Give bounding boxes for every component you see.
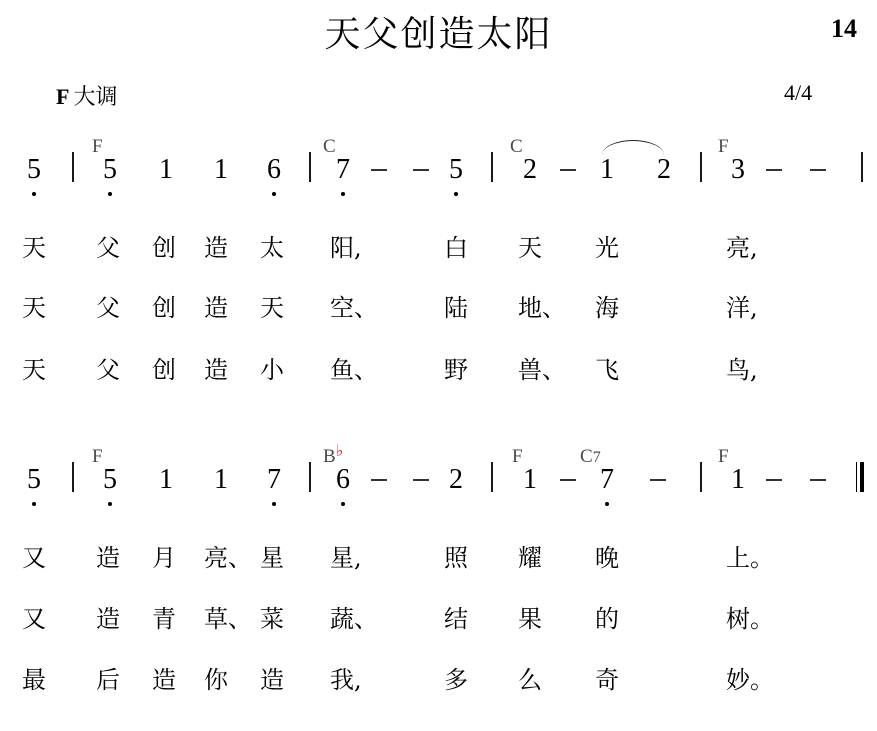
sustain-dash xyxy=(810,169,826,171)
lyric-syllable: 父 xyxy=(96,350,120,385)
sustain-dash xyxy=(810,479,826,481)
lower-octave-dot xyxy=(108,502,112,506)
sustain-dash xyxy=(766,169,782,171)
lyric-syllable: 造 xyxy=(260,660,284,695)
note: 7 xyxy=(600,466,614,494)
key-suffix: 大调 xyxy=(73,84,117,109)
lower-octave-dot xyxy=(32,192,36,196)
lower-octave-dot xyxy=(272,192,276,196)
lyric-syllable: 月 xyxy=(152,538,176,573)
lower-octave-dot xyxy=(108,192,112,196)
note: 1 xyxy=(731,466,745,494)
chord-symbol: C7 xyxy=(580,446,601,468)
time-signature: 4/4 xyxy=(784,80,812,106)
note: 7 xyxy=(267,466,281,494)
chord-symbol: B♭ xyxy=(323,446,343,468)
note: 1 xyxy=(214,466,228,494)
note: 5 xyxy=(103,156,117,184)
lyric-syllable: 创 xyxy=(152,228,176,263)
lower-octave-dot xyxy=(605,502,609,506)
lyric-syllable: 我, xyxy=(330,660,362,695)
lyric-syllable: 造 xyxy=(204,288,228,323)
sustain-dash xyxy=(560,169,576,171)
key-signature: F大调 xyxy=(56,80,117,111)
chord-root: F xyxy=(92,446,103,467)
barline xyxy=(491,152,493,182)
barline xyxy=(309,462,311,492)
chord-symbol: F xyxy=(718,136,729,158)
lyric-syllable: 后 xyxy=(96,660,120,695)
lyric-line-3: 最后造你造我,多么奇妙。 xyxy=(0,660,877,700)
lyric-syllable: 地、 xyxy=(518,288,566,323)
lyric-syllable: 草、 xyxy=(204,599,252,634)
lyric-syllable: 光 xyxy=(595,228,619,263)
note: 1 xyxy=(214,156,228,184)
barline xyxy=(700,152,702,182)
note: 1 xyxy=(159,466,173,494)
lyric-syllable: 造 xyxy=(96,599,120,634)
lyric-syllable: 空、 xyxy=(330,288,378,323)
note: 7 xyxy=(336,156,350,184)
lyric-syllable: 天 xyxy=(22,288,46,323)
lower-octave-dot xyxy=(272,502,276,506)
chord-symbol: C xyxy=(510,136,523,158)
note: 2 xyxy=(523,156,537,184)
sustain-dash xyxy=(560,479,576,481)
lyric-syllable: 太 xyxy=(260,228,284,263)
lyric-syllable: 妙。 xyxy=(726,660,774,695)
sustain-dash xyxy=(766,479,782,481)
lower-octave-dot xyxy=(341,502,345,506)
note: 5 xyxy=(103,466,117,494)
lyric-syllable: 造 xyxy=(204,350,228,385)
lyric-syllable: 天 xyxy=(22,228,46,263)
lyric-syllable: 白 xyxy=(444,228,468,263)
lyric-syllable: 创 xyxy=(152,288,176,323)
lyric-syllable: 亮, xyxy=(726,228,758,263)
chord-root: F xyxy=(92,136,103,157)
chord-quality: 7 xyxy=(593,449,601,466)
note: 5 xyxy=(27,156,41,184)
barline xyxy=(309,152,311,182)
chord-root: B xyxy=(323,446,336,467)
lyric-syllable: 创 xyxy=(152,350,176,385)
lyric-syllable: 造 xyxy=(204,228,228,263)
song-title: 天父创造太阳 xyxy=(0,6,877,57)
lyric-syllable: 洋, xyxy=(726,288,758,323)
lyric-line-2: 又造青草、菜蔬、结果的树。 xyxy=(0,599,877,639)
lower-octave-dot xyxy=(32,502,36,506)
lower-octave-dot xyxy=(454,192,458,196)
barline xyxy=(861,152,863,182)
lyric-line-1: 天父创造太阳,白天光亮, xyxy=(0,228,877,268)
lyric-syllable: 亮、 xyxy=(204,538,252,573)
note: 2 xyxy=(449,466,463,494)
lyric-syllable: 菜 xyxy=(260,599,284,634)
chord-root: F xyxy=(512,446,523,467)
chord-symbol: C xyxy=(323,136,336,158)
chord-root: C xyxy=(580,446,593,467)
note: 3 xyxy=(731,156,745,184)
lyric-syllable: 造 xyxy=(96,538,120,573)
note: 5 xyxy=(27,466,41,494)
lyric-syllable: 多 xyxy=(444,660,468,695)
lyric-syllable: 奇 xyxy=(595,660,619,695)
lyric-syllable: 青 xyxy=(152,599,176,634)
lyric-syllable: 结 xyxy=(444,599,468,634)
chord-root: F xyxy=(718,136,729,157)
barline xyxy=(700,462,702,492)
sustain-dash xyxy=(413,169,429,171)
note: 1 xyxy=(523,466,537,494)
lyric-line-3: 天父创造小鱼、野兽、飞鸟, xyxy=(0,350,877,390)
chord-symbol: F xyxy=(718,446,729,468)
final-barline xyxy=(860,462,864,492)
lyric-syllable: 天 xyxy=(518,228,542,263)
lyric-syllable: 星, xyxy=(330,538,362,573)
note: 1 xyxy=(600,156,614,184)
lyric-syllable: 小 xyxy=(260,350,284,385)
barline xyxy=(72,152,74,182)
lyric-syllable: 晚 xyxy=(595,538,619,573)
lyric-syllable: 星 xyxy=(260,538,284,573)
tie-arc xyxy=(602,140,664,155)
chord-symbol: F xyxy=(512,446,523,468)
barline xyxy=(491,462,493,492)
barline xyxy=(72,462,74,492)
lyric-syllable: 造 xyxy=(152,660,176,695)
note: 6 xyxy=(267,156,281,184)
lyric-syllable: 最 xyxy=(22,660,46,695)
chord-root: F xyxy=(718,446,729,467)
lyric-syllable: 又 xyxy=(22,538,46,573)
lyric-syllable: 蔬、 xyxy=(330,599,378,634)
chord-root: C xyxy=(323,136,336,157)
lyric-syllable: 飞 xyxy=(595,350,619,385)
sustain-dash xyxy=(371,169,387,171)
lyric-syllable: 父 xyxy=(96,288,120,323)
lyric-syllable: 天 xyxy=(22,350,46,385)
lyric-syllable: 果 xyxy=(518,599,542,634)
lyric-syllable: 陆 xyxy=(444,288,468,323)
chord-symbol: F xyxy=(92,136,103,158)
lyric-syllable: 又 xyxy=(22,599,46,634)
staff-system-2: 5511762171FB♭FC7F xyxy=(0,446,877,516)
lyric-syllable: 野 xyxy=(444,350,468,385)
lyric-syllable: 上。 xyxy=(726,538,774,573)
note: 6 xyxy=(336,466,350,494)
lyric-syllable: 鸟, xyxy=(726,350,758,385)
lyric-syllable: 天 xyxy=(260,288,284,323)
lyric-syllable: 树。 xyxy=(726,599,774,634)
lower-octave-dot xyxy=(341,192,345,196)
sustain-dash xyxy=(650,479,666,481)
lyric-line-1: 又造月亮、星星,照耀晚上。 xyxy=(0,538,877,578)
lyric-line-2: 天父创造天空、陆地、海洋, xyxy=(0,288,877,328)
lyric-syllable: 的 xyxy=(595,599,619,634)
note: 5 xyxy=(449,156,463,184)
lyric-syllable: 海 xyxy=(595,288,619,323)
sustain-dash xyxy=(413,479,429,481)
lyric-syllable: 鱼、 xyxy=(330,350,378,385)
lyric-syllable: 照 xyxy=(444,538,468,573)
lyric-syllable: 么 xyxy=(518,660,542,695)
page-number: 14 xyxy=(831,14,857,44)
lyric-syllable: 父 xyxy=(96,228,120,263)
sustain-dash xyxy=(371,479,387,481)
staff-system-1: 55116752123FCCF xyxy=(0,136,877,206)
flat-icon: ♭ xyxy=(336,443,344,460)
lyric-syllable: 兽、 xyxy=(518,350,566,385)
chord-symbol: F xyxy=(92,446,103,468)
chord-root: C xyxy=(510,136,523,157)
lyric-syllable: 耀 xyxy=(518,538,542,573)
lyric-syllable: 你 xyxy=(204,660,228,695)
note: 1 xyxy=(159,156,173,184)
lyric-syllable: 阳, xyxy=(330,228,362,263)
note: 2 xyxy=(657,156,671,184)
key-letter: F xyxy=(56,84,69,109)
